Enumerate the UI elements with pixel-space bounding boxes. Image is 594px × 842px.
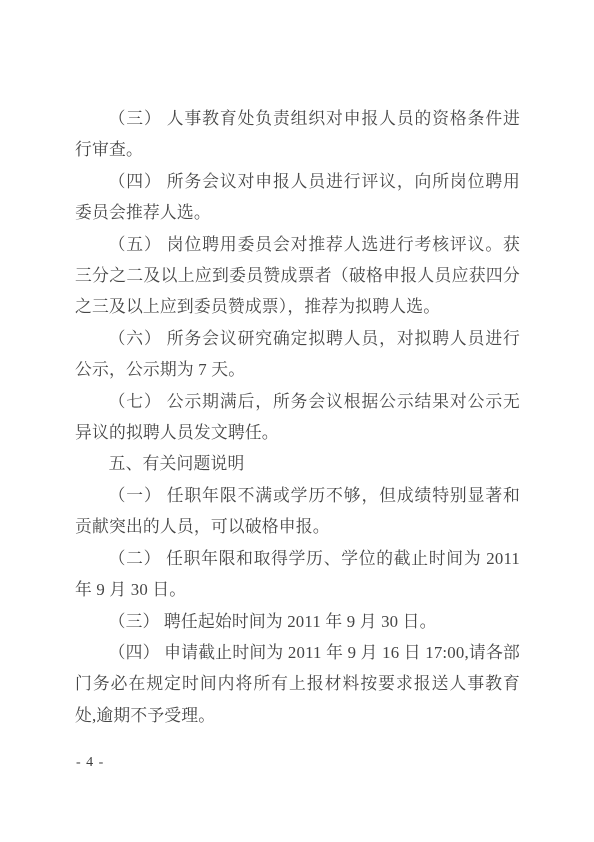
paragraph: （三） 聘任起始时间为 2011 年 9 月 30 日。 (75, 606, 520, 637)
section-heading: 五、有关问题说明 (75, 448, 520, 479)
page-number: - 4 - (76, 755, 104, 771)
paragraph: （五） 岗位聘用委员会对推荐人选进行考核评议。获三分之二及以上应到委员赞成票者（… (75, 229, 520, 323)
document-body: （三） 人事教育处负责组织对申报人员的资格条件进行审查。 （四） 所务会议对申报… (75, 103, 520, 731)
document-page: （三） 人事教育处负责组织对申报人员的资格条件进行审查。 （四） 所务会议对申报… (0, 0, 594, 842)
paragraph: （四） 所务会议对申报人员进行评议，向所岗位聘用委员会推荐人选。 (75, 166, 520, 229)
paragraph: （一） 任职年限不满或学历不够，但成绩特别显著和贡献突出的人员，可以破格申报。 (75, 480, 520, 543)
paragraph: （四） 申请截止时间为 2011 年 9 月 16 日 17:00,请各部门务必… (75, 637, 520, 731)
paragraph: （三） 人事教育处负责组织对申报人员的资格条件进行审查。 (75, 103, 520, 166)
paragraph: （七） 公示期满后，所务会议根据公示结果对公示无异议的拟聘人员发文聘任。 (75, 386, 520, 449)
paragraph: （六） 所务会议研究确定拟聘人员，对拟聘人员进行公示，公示期为 7 天。 (75, 323, 520, 386)
paragraph: （二） 任职年限和取得学历、学位的截止时间为 2011 年 9 月 30 日。 (75, 543, 520, 606)
